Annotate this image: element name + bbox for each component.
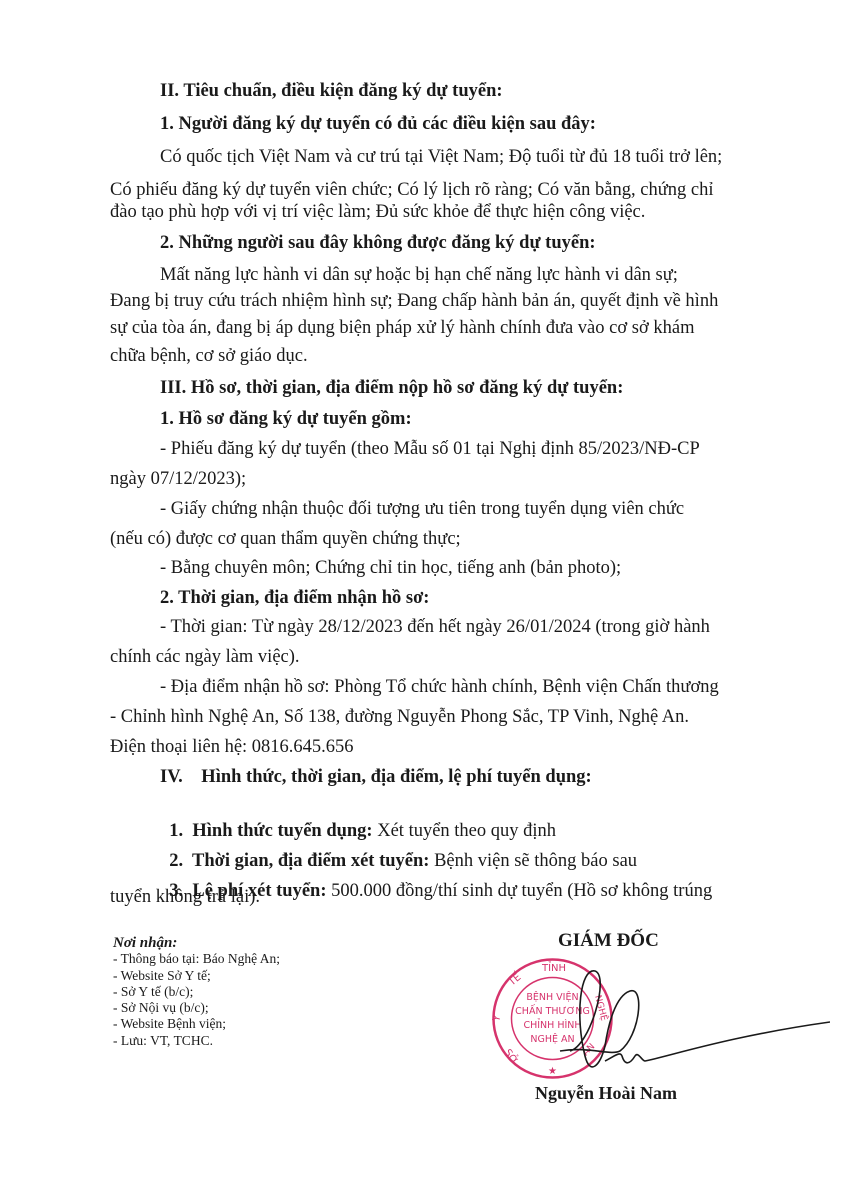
signer-role: GIÁM ĐỐC xyxy=(558,930,659,952)
section-ii-1-heading: 1. Người đăng ký dự tuyển có đủ các điều… xyxy=(160,112,596,136)
paragraph-line: chính các ngày làm việc). xyxy=(110,645,300,669)
section-ii-heading: II. Tiêu chuẩn, điều kiện đăng ký dự tuy… xyxy=(160,79,503,103)
recipients-title: Nơi nhận: xyxy=(113,935,280,951)
recipient-item: - Sở Y tế (b/c); xyxy=(113,984,280,1000)
section-iii-heading: III. Hồ sơ, thời gian, địa điểm nộp hồ s… xyxy=(160,376,623,400)
paragraph-line: - Chỉnh hình Nghệ An, Số 138, đường Nguy… xyxy=(110,705,689,729)
paragraph-line: - Phiếu đăng ký dự tuyển (theo Mẫu số 01… xyxy=(160,437,700,461)
handwritten-signature-icon xyxy=(550,956,830,1086)
section-ii-2-heading: 2. Những người sau đây không được đăng k… xyxy=(160,231,596,255)
recipient-item: - Lưu: VT, TCHC. xyxy=(113,1033,280,1049)
paragraph-line: - Bằng chuyên môn; Chứng chỉ tin học, ti… xyxy=(160,556,621,580)
paragraph-line: ngày 07/12/2023); xyxy=(110,467,246,491)
recipients-block: Nơi nhận: - Thông báo tại: Báo Nghệ An; … xyxy=(113,935,280,1049)
signer-name: Nguyễn Hoài Nam xyxy=(535,1083,677,1104)
item-value: 500.000 đồng/thí sinh dự tuyển (Hồ sơ kh… xyxy=(327,881,713,901)
paragraph-line: (nếu có) được cơ quan thẩm quyền chứng t… xyxy=(110,527,461,551)
paragraph-line: Có quốc tịch Việt Nam và cư trú tại Việt… xyxy=(160,145,722,169)
section-iv-heading: IV. Hình thức, thời gian, địa điểm, lệ p… xyxy=(160,765,592,789)
paragraph-line: - Thời gian: Từ ngày 28/12/2023 đến hết … xyxy=(160,615,710,639)
recipient-item: - Website Sở Y tế; xyxy=(113,968,280,984)
paragraph-line: - Địa điểm nhận hồ sơ: Phòng Tổ chức hàn… xyxy=(160,675,719,699)
section-iii-1-heading: 1. Hồ sơ đăng ký dự tuyển gồm: xyxy=(160,407,412,431)
paragraph-line: - Giấy chứng nhận thuộc đối tượng ưu tiê… xyxy=(160,497,684,521)
recipient-item: - Sở Nội vụ (b/c); xyxy=(113,1000,280,1016)
paragraph-line: Có phiếu đăng ký dự tuyển viên chức; Có … xyxy=(110,178,713,202)
paragraph-line: tuyển không trả lại). xyxy=(110,885,260,909)
paragraph-line: Mất năng lực hành vi dân sự hoặc bị hạn … xyxy=(160,263,678,287)
paragraph-line: chữa bệnh, cơ sở giáo dục. xyxy=(110,344,308,368)
paragraph-line: sự của tòa án, đang bị áp dụng biện pháp… xyxy=(110,316,694,340)
paragraph-line: Đang bị truy cứu trách nhiệm hình sự; Đa… xyxy=(110,289,718,313)
paragraph-line: đào tạo phù hợp với vị trí việc làm; Đủ … xyxy=(110,200,645,224)
recipient-item: - Website Bệnh viện; xyxy=(113,1016,280,1032)
section-iii-2-heading: 2. Thời gian, địa điểm nhận hồ sơ: xyxy=(160,586,429,610)
paragraph-line: Điện thoại liên hệ: 0816.645.656 xyxy=(110,735,354,759)
signature-block: GIÁM ĐỐC TỈNH TẾ Y SỞ NGHỆ AN BỆNH VIỆN … xyxy=(490,930,820,1110)
recipient-item: - Thông báo tại: Báo Nghệ An; xyxy=(113,951,280,967)
svg-text:SỞ: SỞ xyxy=(502,1046,522,1067)
